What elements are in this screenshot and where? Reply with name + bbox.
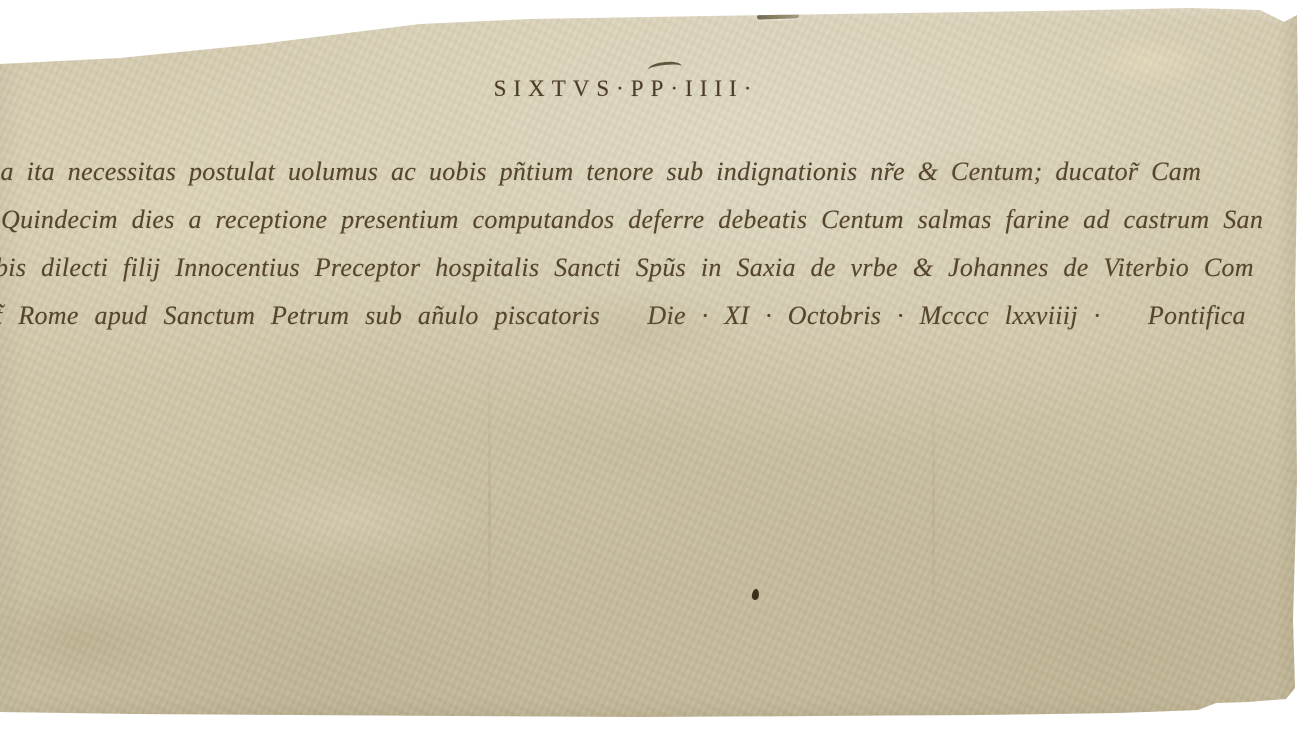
crease-line [932,360,935,660]
manuscript-line-4: t̃ Rome apud Sanctum Petrum sub añulo pi… [0,292,1300,340]
pp-abbreviation-mark [647,60,682,75]
manuscript-line-3: bis dilecti filij Innocentius Preceptor … [0,244,1300,292]
manuscript-line-2: Quindecim dies a receptione presentium c… [1,196,1300,244]
photo-background: SIXTVS·PP·IIII· ia ita necessitas postul… [0,0,1300,731]
parchment-document: SIXTVS·PP·IIII· ia ita necessitas postul… [0,0,1300,731]
crease-line [488,340,491,670]
heading-text: SIXTVS·PP·IIII· [0,76,1252,102]
manuscript-text-block: ia ita necessitas postulat uolumus ac uo… [0,148,1300,340]
manuscript-line-1: ia ita necessitas postulat uolumus ac uo… [0,148,1300,196]
seal-slit-mark [757,13,799,19]
ink-blot [751,589,759,601]
document-heading: SIXTVS·PP·IIII· [0,0,1300,120]
